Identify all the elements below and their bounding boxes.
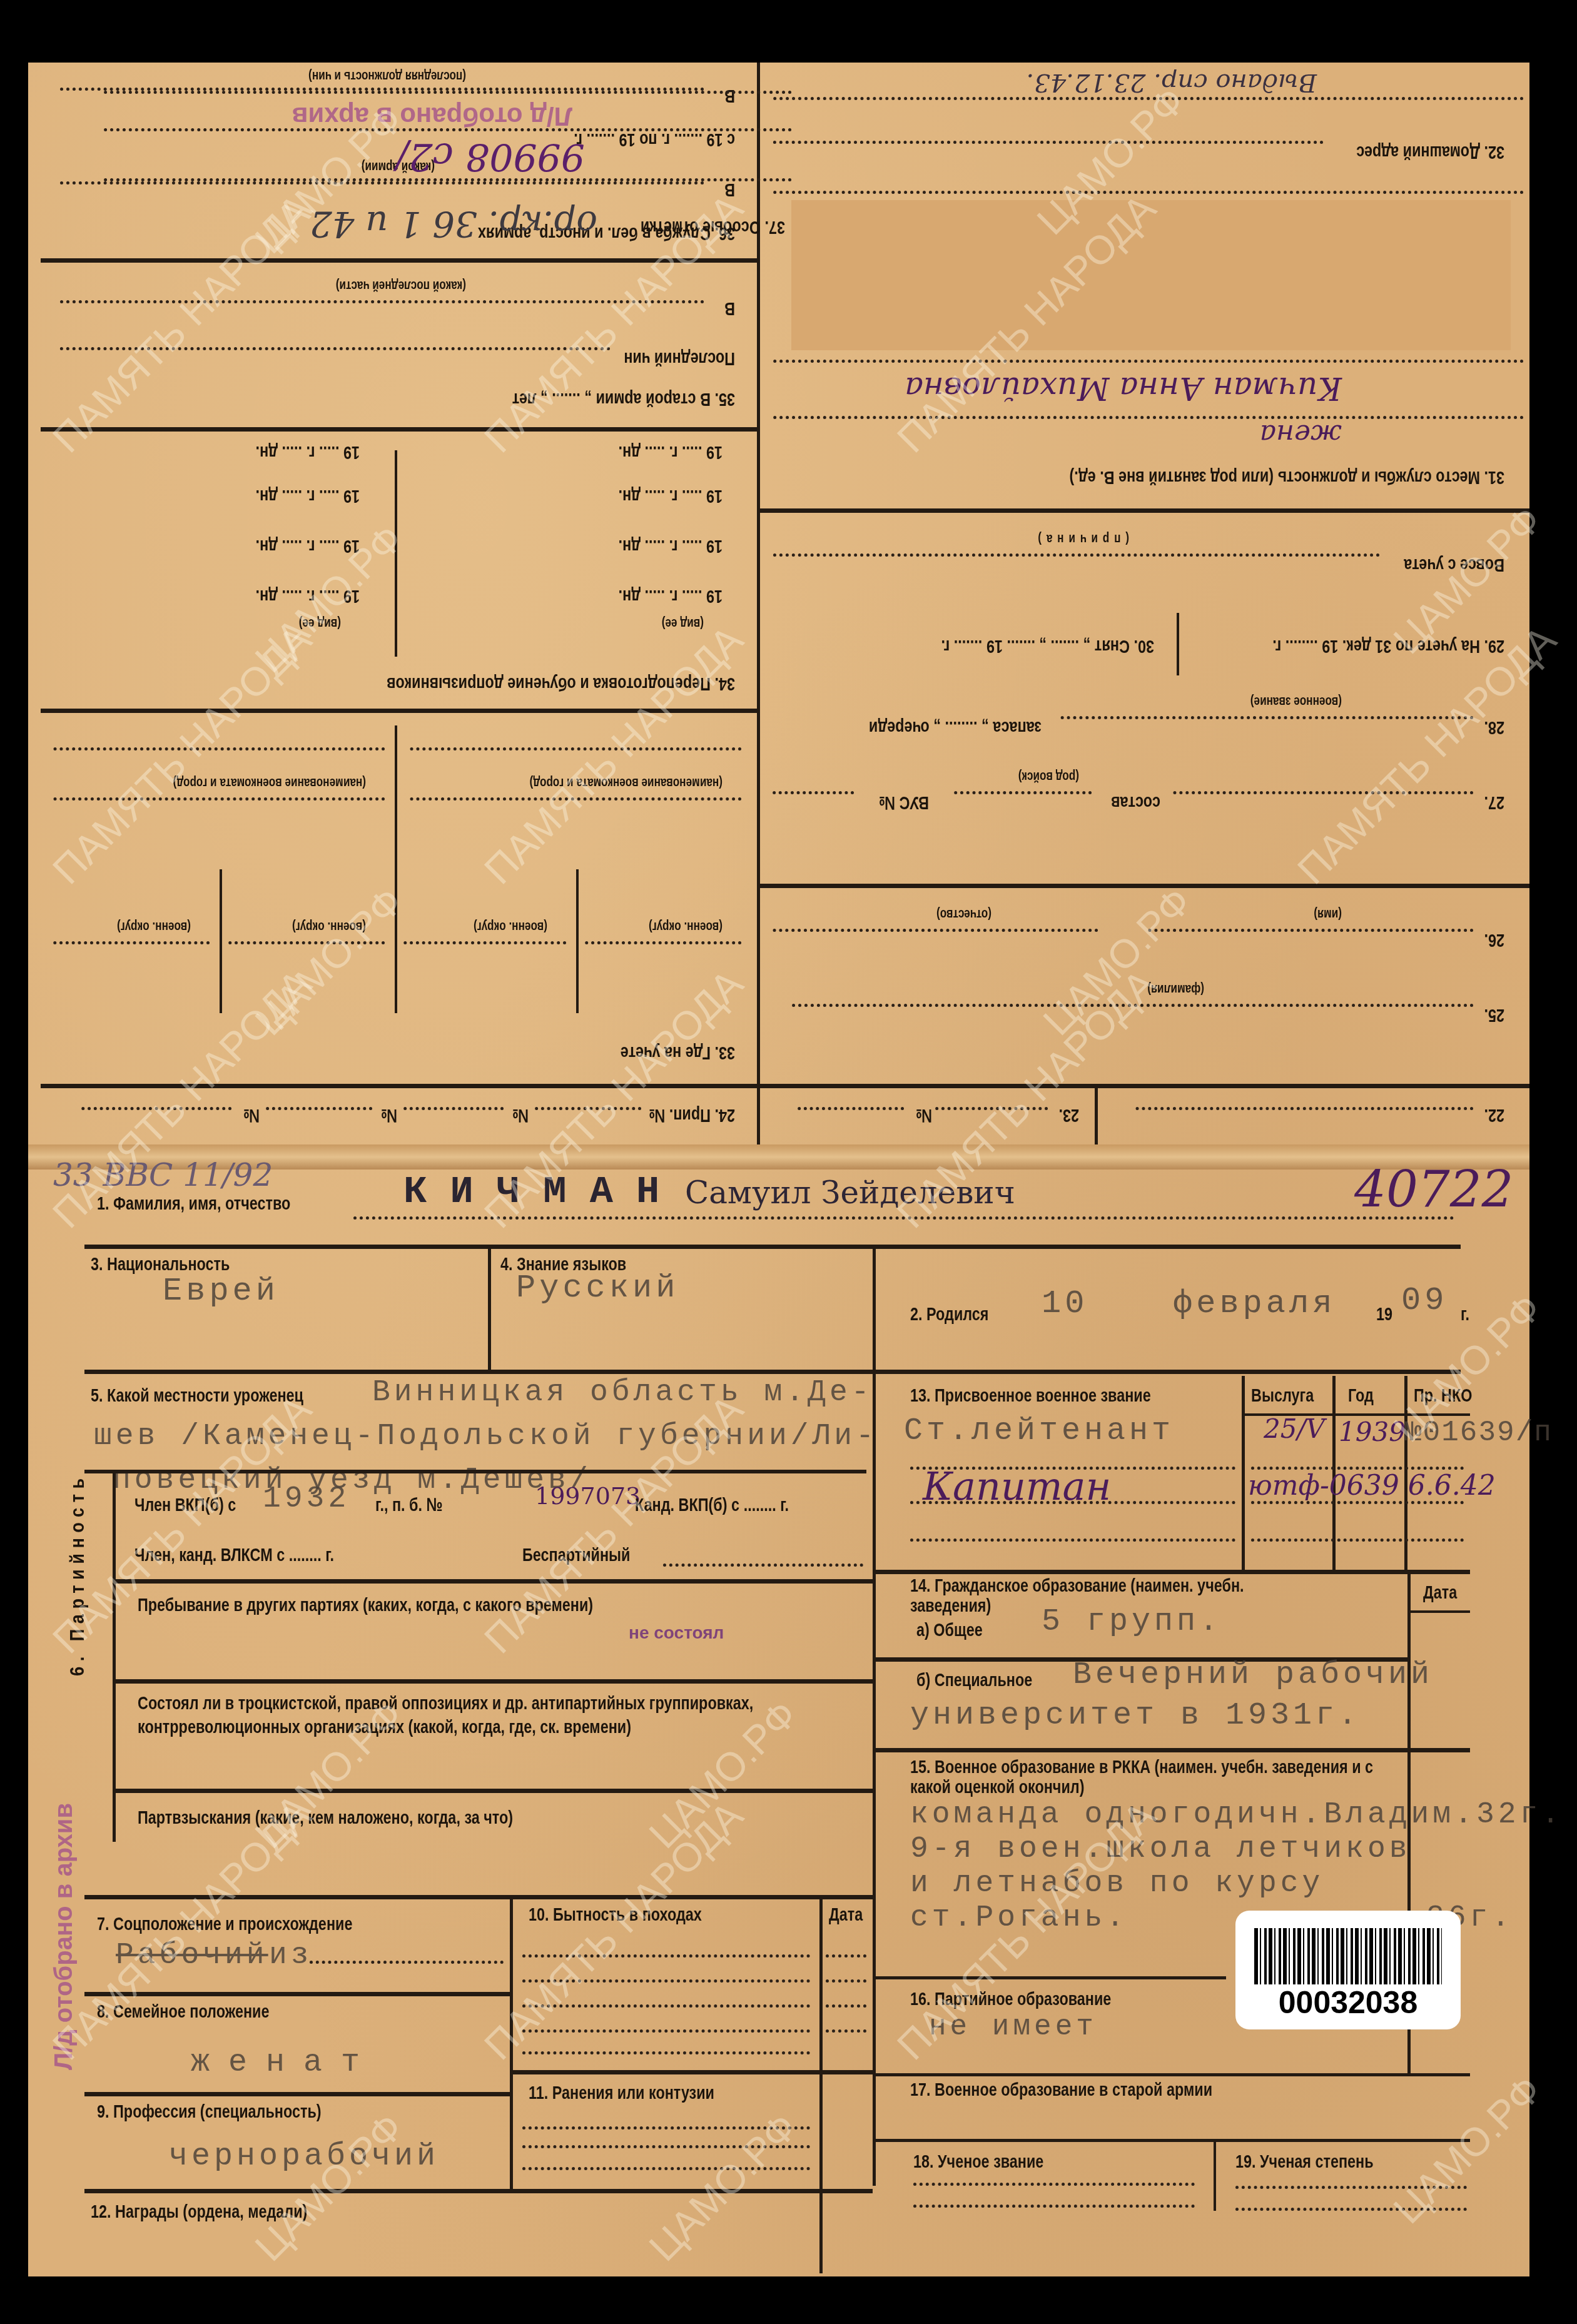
divider [1095,1088,1098,1151]
field-22-label: 22. [1484,1104,1504,1126]
field-26-caption-name: (имя) [1314,906,1342,922]
field-15-line: и летнабов по курсу [910,1867,1324,1901]
field-23-label: 23. [1058,1104,1079,1126]
divider [395,725,397,1013]
field-35-label: 35. В старой армии „ ....... „ лет [512,388,735,410]
field-35-last-rank: Последний чин [624,348,735,369]
field-11-line[interactable] [522,2167,810,2170]
field-33-caption-okrug: (военн. округ) [649,919,723,935]
field-3-value: Еврей [163,1273,279,1310]
field-14-special-value-2: университет в 1931г. [910,1698,1361,1734]
field-34-caption: (вид ее) [299,615,341,632]
field-37-line[interactable] [103,91,791,94]
field-6-komsomol-label: Член, канд. ВЛКСМ с ........ г. [134,1545,334,1566]
field-5-line1: Винницкая область м.Де- [372,1376,873,1410]
field-13-year: 1939 [1339,1417,1406,1447]
field-14-general-value: 5 групп. [1042,1604,1222,1640]
divider [41,427,760,432]
field-17-label: 17. Военное образование в старой армии [910,2079,1212,2101]
field-32-label: 32. Домашний адрес [1356,141,1504,163]
field-26-label: 26. [1484,929,1504,951]
field-24-line[interactable] [403,1107,504,1110]
divider [876,1976,1226,1979]
field-19-line[interactable] [1235,2208,1467,2211]
field-18-label: 18. Ученое звание [913,2151,1043,2173]
field-28-caption: (военное звание) [1250,694,1342,710]
field-34-row: 19 ..... г. ..... дн. [256,442,360,463]
field-2-suffix: г. [1461,1304,1469,1325]
field-30-label: 30. Снят „ ....... „ ....... 19 ....... … [941,635,1154,657]
field-13-line[interactable] [910,1501,1235,1504]
barcode-sticker: 00032038 [1235,1911,1461,2029]
field-37-line[interactable] [103,178,791,181]
handwritten-id: 99908 с2/ [396,134,585,178]
divider [41,709,760,713]
field-11-line[interactable] [522,2145,810,2148]
field-14-special-label: б) Специальное [916,1670,1032,1691]
field-1-line[interactable] [353,1216,1454,1220]
divider [1177,613,1179,675]
field-22-line[interactable] [1135,1107,1473,1110]
archive-stamp: Л/д отобрано в архив [292,101,572,131]
field-13-line[interactable] [1251,1538,1464,1542]
field-12-label: 12. Награды (ордена, медали) [91,2201,307,2223]
field-27-vus: ВУС № [879,792,929,813]
field-off-register-caption: (причина) [1033,531,1129,547]
field-1-label: 1. Фамилия, имя, отчество [97,1193,290,1215]
divider [876,2073,1470,2076]
field-16-label: 16. Партийное образование [910,1989,1111,2010]
field-37-block: 37. Особые отметки ор.кр. 36 1 и 42 9990… [66,63,804,250]
barcode-number: 00032038 [1235,1984,1461,2021]
field-18-line[interactable] [913,2205,1195,2208]
field-24-no: № [243,1104,260,1126]
divider [84,1245,1461,1249]
field-6-side-label: 6. Партийность [66,1473,89,1676]
field-15-label: 15. Военное образование в РККА (наимен. … [910,1757,1398,1797]
field-2-year-prefix: 19 [1376,1304,1392,1325]
field-6-member-year: 1932 [263,1482,350,1516]
divider [220,869,222,1013]
divider [576,869,579,1013]
field-31-line[interactable] [773,360,1523,363]
field-10-date-header: Дата [829,1904,863,1926]
field-6-opposition-label: Состоял ли в троцкистской, правой оппози… [138,1692,850,1739]
divider [876,1748,1470,1752]
date-note: Выдано спр. 23.12.43. [1027,68,1317,97]
field-28-label: 28. [1484,717,1504,738]
archive-number: 40722 [1354,1160,1514,1218]
divider [876,1570,1470,1574]
field-7-value: Рабочий [116,1939,268,1973]
field-1-name: Самуил Зейделевич [685,1175,1015,1211]
field-27-composition: состав [1111,792,1160,813]
field-14-date-header: Дата [1423,1582,1457,1604]
field-27-vus-line[interactable] [773,791,854,794]
side-archive-stamp: Л/д отобрано в архив [50,1803,78,2070]
field-23-no-line[interactable] [798,1107,904,1110]
divider [116,1579,873,1584]
field-37-label: 37. Особые отметки [641,216,785,238]
field-27-branch-line[interactable] [954,791,1092,794]
divider [113,1473,116,1842]
field-35-last-rank-line[interactable] [59,347,610,350]
field-13-line[interactable] [910,1538,1235,1542]
divider [1214,2142,1216,2211]
divider [760,884,1529,888]
field-10-line[interactable] [522,2029,810,2033]
divider [757,1088,760,1151]
divider [513,2070,873,2074]
field-19-label: 19. Ученая степень [1235,2151,1374,2173]
field-10-label: 10. Бытность в походах [529,1904,702,1926]
field-13-label: 13. Присвоенное военное звание [910,1385,1151,1407]
field-off-register-line[interactable] [773,553,1379,557]
field-34-row: 19 ..... г. ..... дн. [256,535,360,557]
field-2-month: февраля [1173,1285,1336,1322]
field-23-no: № [916,1104,932,1126]
field-13-rank: Ст.лейтенант [904,1413,1174,1449]
field-34-row: 19 ..... г. ..... дн. [619,585,723,607]
field-34-row: 19 ..... г. ..... дн. [619,442,723,463]
field-15-line: 9-я воен.школа летчиков [910,1832,1411,1866]
divider [41,1084,1529,1088]
field-11-label: 11. Ранения или контузии [529,2083,714,2104]
field-6-nonparty-line[interactable] [663,1564,863,1567]
field-32-line[interactable] [773,141,1323,144]
field-34-row: 19 ..... г. ..... дн. [619,485,723,507]
field-6-nonparty-label: Беспартийный [522,1545,630,1566]
field-32-line[interactable] [773,97,1523,100]
field-26-caption-patronymic: (отчество) [936,906,991,922]
field-1-surname: К И Ч М А Н [403,1170,659,1214]
field-5-line2: шев /Каменец-Подольской губернии/Ли- [94,1420,878,1453]
field-5-label: 5. Какой местности уроженец [91,1385,303,1407]
field-13-service: 25/V [1264,1413,1325,1444]
divider [84,1470,866,1473]
field-25-caption: (фамилия) [1147,981,1204,998]
field-28-line[interactable] [1060,716,1473,719]
field-27-line[interactable] [1173,791,1473,794]
divider [1411,1610,1470,1613]
registration-card: 22. 23. № 24. Прип. № № № № 25. (фамилия… [28,63,1529,2276]
field-24-no: № [381,1104,397,1126]
field-6-candidate-label: Канд. ВКП(б) с ........ г. [635,1495,789,1516]
field-13-order-2: ютф-0639 6.6.42 [1248,1470,1496,1502]
field-19-line[interactable] [1235,2186,1467,2189]
field-33-okrug-line[interactable] [585,941,741,944]
field-10-line[interactable] [522,1979,810,1983]
field-6-penalties-label: Партвзыскания (какие, кем наложено, когд… [138,1807,513,1829]
field-24-no: № [512,1104,529,1126]
field-6-card-label: г., п. б. № [375,1495,443,1516]
divider [876,2139,1470,2142]
field-11-line[interactable] [522,2126,810,2129]
divider [116,1679,873,1684]
divider [84,1370,1461,1374]
field-18-line[interactable] [913,2183,1195,2186]
field-33-line[interactable] [410,747,741,750]
field-23-line[interactable] [935,1107,1048,1110]
field-6-member-label: Член ВКП(б) с [134,1495,236,1516]
field-13-header-year: Год [1348,1385,1374,1407]
field-10-line[interactable] [522,2004,810,2008]
divider [84,1895,873,1899]
field-33-caption-commissariat: (наименование военкомата и город) [530,775,723,791]
field-35-unit-line[interactable] [59,300,704,303]
field-33-okrug-line[interactable] [53,941,210,944]
field-16-value: не имеет [929,2011,1097,2043]
field-15-line: команда одногодичн.Владим.32г. [910,1798,1563,1832]
field-7-suffix: из [269,1939,313,1973]
divider [819,1898,823,2273]
field-3-label: 3. Национальность [91,1254,230,1275]
field-25-line[interactable] [791,1004,1473,1007]
field-33-commissariat-line[interactable] [410,797,741,801]
divider [84,1992,510,1996]
field-34-caption: (вид ее) [662,615,704,632]
corner-note: 33 ВВС 11/92 [53,1157,273,1193]
field-off-register-label: Вовсе с учета [1404,554,1504,575]
divider [488,1248,491,1373]
field-33-commissariat-line[interactable] [53,797,385,801]
field-34-label: 34. Переподготовка и обучение допризывни… [387,673,735,694]
divider [41,258,760,263]
field-24-line[interactable] [81,1107,231,1110]
field-31-label: 31. Место службы и должность (или род за… [1070,467,1504,488]
field-25-label: 25. [1484,1004,1504,1026]
field-9-value: чернорабочий [169,2139,439,2175]
divider [1242,1376,1245,1570]
field-32-line[interactable] [773,191,1523,194]
field-29-label: 29. На учете по 31 дек. 19 ........ г. [1272,635,1504,657]
field-6-other-parties-label: Пребывание в других партиях (каких, когд… [138,1595,593,1616]
field-4-value: Русский [516,1270,679,1306]
divider [84,2189,873,2193]
field-27-label: 27. [1484,792,1504,813]
field-10-date-line[interactable] [826,1979,866,1983]
divider [84,2092,510,2096]
field-33-caption-commissariat: (наименование военкомата и город) [173,775,366,791]
divider [760,508,1529,513]
card-front-section: 33 ВВС 11/92 1. Фамилия, имя, отчество К… [28,1163,1529,2276]
field-34-row: 19 ..... г. ..... дн. [256,585,360,607]
field-35-caption: (какой последней части) [336,278,466,294]
field-15-line: ст.Рогань. [910,1901,1128,1935]
field-7-line[interactable] [310,1961,504,1964]
field-33-label: 33. Где на учете [621,1042,735,1063]
field-24-label: 24. Прип. № [649,1104,735,1126]
redacted-block [791,200,1511,350]
field-33-caption-okrug: (военн. округ) [474,919,547,935]
field-6-other-parties-value: не состоял [629,1623,724,1643]
divider [116,1789,873,1793]
field-28-reserve: запаса „ ........ „ очереди [869,717,1042,738]
field-10-date-line[interactable] [826,2029,866,2033]
field-7-label: 7. Соцположение и происхождение [97,1914,352,1935]
field-13-header-service: Выслуга [1251,1385,1314,1407]
field-33-okrug-line[interactable] [228,941,385,944]
field-14-general-label: а) Общее [916,1620,983,1641]
field-34-row: 19 ..... г. ..... дн. [619,535,723,557]
field-5-line3: повецкий уезд м.Дешев/ [113,1463,592,1497]
divider [873,1248,876,2186]
field-35-v: В [724,298,735,319]
field-9-label: 9. Профессия (специальность) [97,2101,322,2123]
field-33-line[interactable] [53,747,385,750]
field-26-patronymic-line[interactable] [773,929,1098,932]
field-37-value: ор.кр. 36 1 и 42 [310,203,597,244]
field-10-date-line[interactable] [826,2004,866,2008]
field-34-row: 19 ..... г. ..... дн. [256,485,360,507]
field-33-caption-okrug: (военн. округ) [292,919,366,935]
field-2-day: 10 [1042,1285,1088,1322]
divider [510,1898,513,2189]
barcode-icon [1254,1928,1442,1984]
field-33-okrug-line[interactable] [403,941,566,944]
field-24-line[interactable] [266,1107,372,1110]
field-14-special-value-1: Вечерний рабочий [1073,1657,1433,1693]
field-13-line[interactable] [1251,1501,1464,1504]
field-31-value-relation: жена [1260,418,1342,450]
field-2-year: 09 [1401,1282,1448,1319]
field-10-date-line[interactable] [826,1954,866,1958]
field-31-line[interactable] [773,416,1523,419]
field-2-label: 2. Родился [910,1304,988,1325]
field-8-label: 8. Семейное положение [97,2001,269,2023]
field-13-header-order: Пр. НКО [1414,1385,1473,1407]
field-13-order: №01639/п [1404,1417,1553,1449]
field-31-value: Кичман Анна Михайловна [905,370,1342,407]
field-8-value: женат [191,2045,378,2081]
field-10-line[interactable] [522,1954,810,1958]
field-26-name-line[interactable] [1148,929,1473,932]
field-27-caption: (род войск) [1018,769,1079,785]
field-24-line[interactable] [535,1107,641,1110]
field-6-card-number: 1997073 [535,1482,641,1510]
divider [395,450,397,657]
field-10-line[interactable] [522,2051,810,2054]
field-33-caption-okrug: (военн. округ) [117,919,191,935]
